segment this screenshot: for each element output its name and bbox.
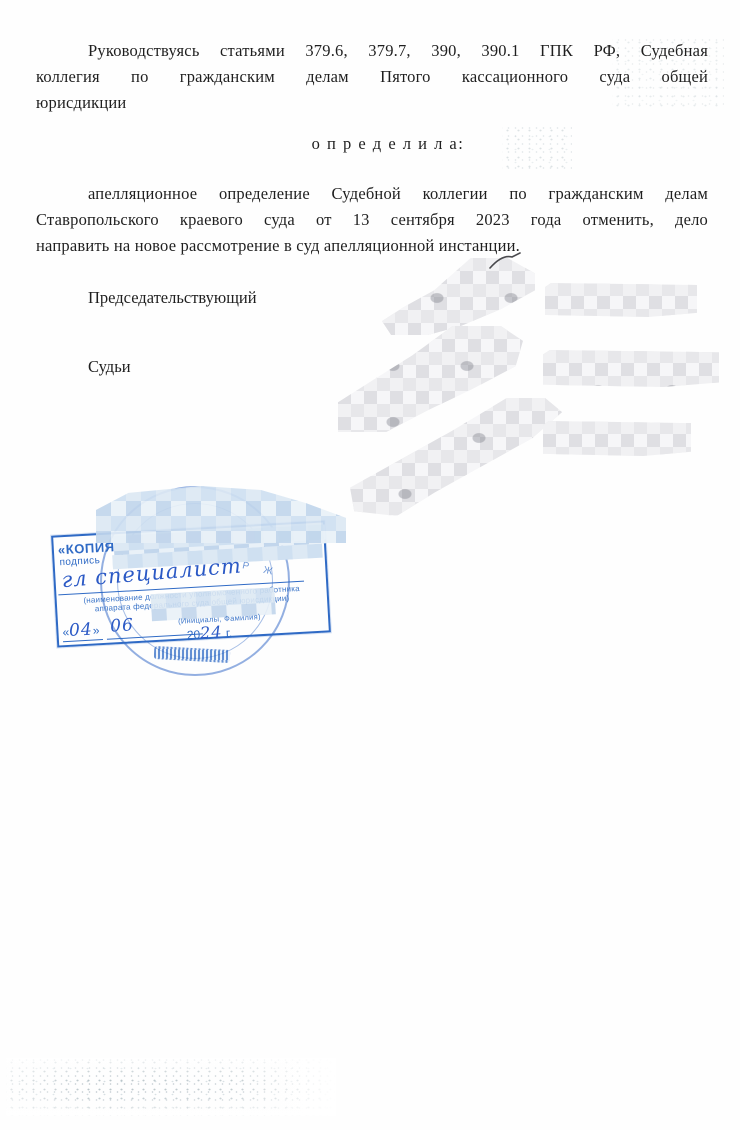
paragraph-line: Ставропольского краевого суда от 13 сент… (36, 207, 708, 233)
year-prefix: 20 (186, 628, 200, 643)
ruling-intro-paragraph: Руководствуясь статьями 379.6, 379.7, 39… (36, 38, 708, 116)
handwritten-day: 04 (69, 620, 94, 641)
presiding-name-redacted (545, 283, 697, 317)
handwritten-month: 06 (110, 615, 135, 636)
stamp-year: 2024 г. (186, 622, 232, 643)
stamp-date-day: «04» (62, 619, 100, 641)
seal-ornament (154, 646, 231, 663)
judge1-name-redacted (543, 350, 719, 387)
paragraph-line: юрисдикции (36, 90, 708, 116)
ruling-heading: о п р е д е л и л а: (18, 134, 740, 154)
handwritten-year: 24 (200, 622, 223, 642)
stamp-redacted-blob-top (96, 486, 346, 543)
ruling-operative-paragraph: апелляционное определение Судебной колле… (36, 181, 708, 259)
paragraph-line: Руководствуясь статьями 379.6, 379.7, 39… (36, 38, 708, 64)
paragraph-line: апелляционное определение Судебной колле… (36, 181, 708, 207)
pen-stroke-mark (487, 251, 527, 273)
scan-noise-bottom (6, 1058, 336, 1116)
judges-label: Судьи (88, 357, 131, 377)
paragraph-line: коллегия по гражданским делам Пятого кас… (36, 64, 708, 90)
year-suffix: г. (225, 626, 232, 640)
scanned-court-document-page: Руководствуясь статьями 379.6, 379.7, 39… (0, 0, 740, 1130)
paragraph-line: направить на новое рассмотрение в суд ап… (36, 233, 708, 259)
presiding-judge-label: Председательствующий (88, 288, 257, 308)
judge2-name-redacted (543, 421, 691, 456)
quote-close: » (92, 623, 99, 637)
